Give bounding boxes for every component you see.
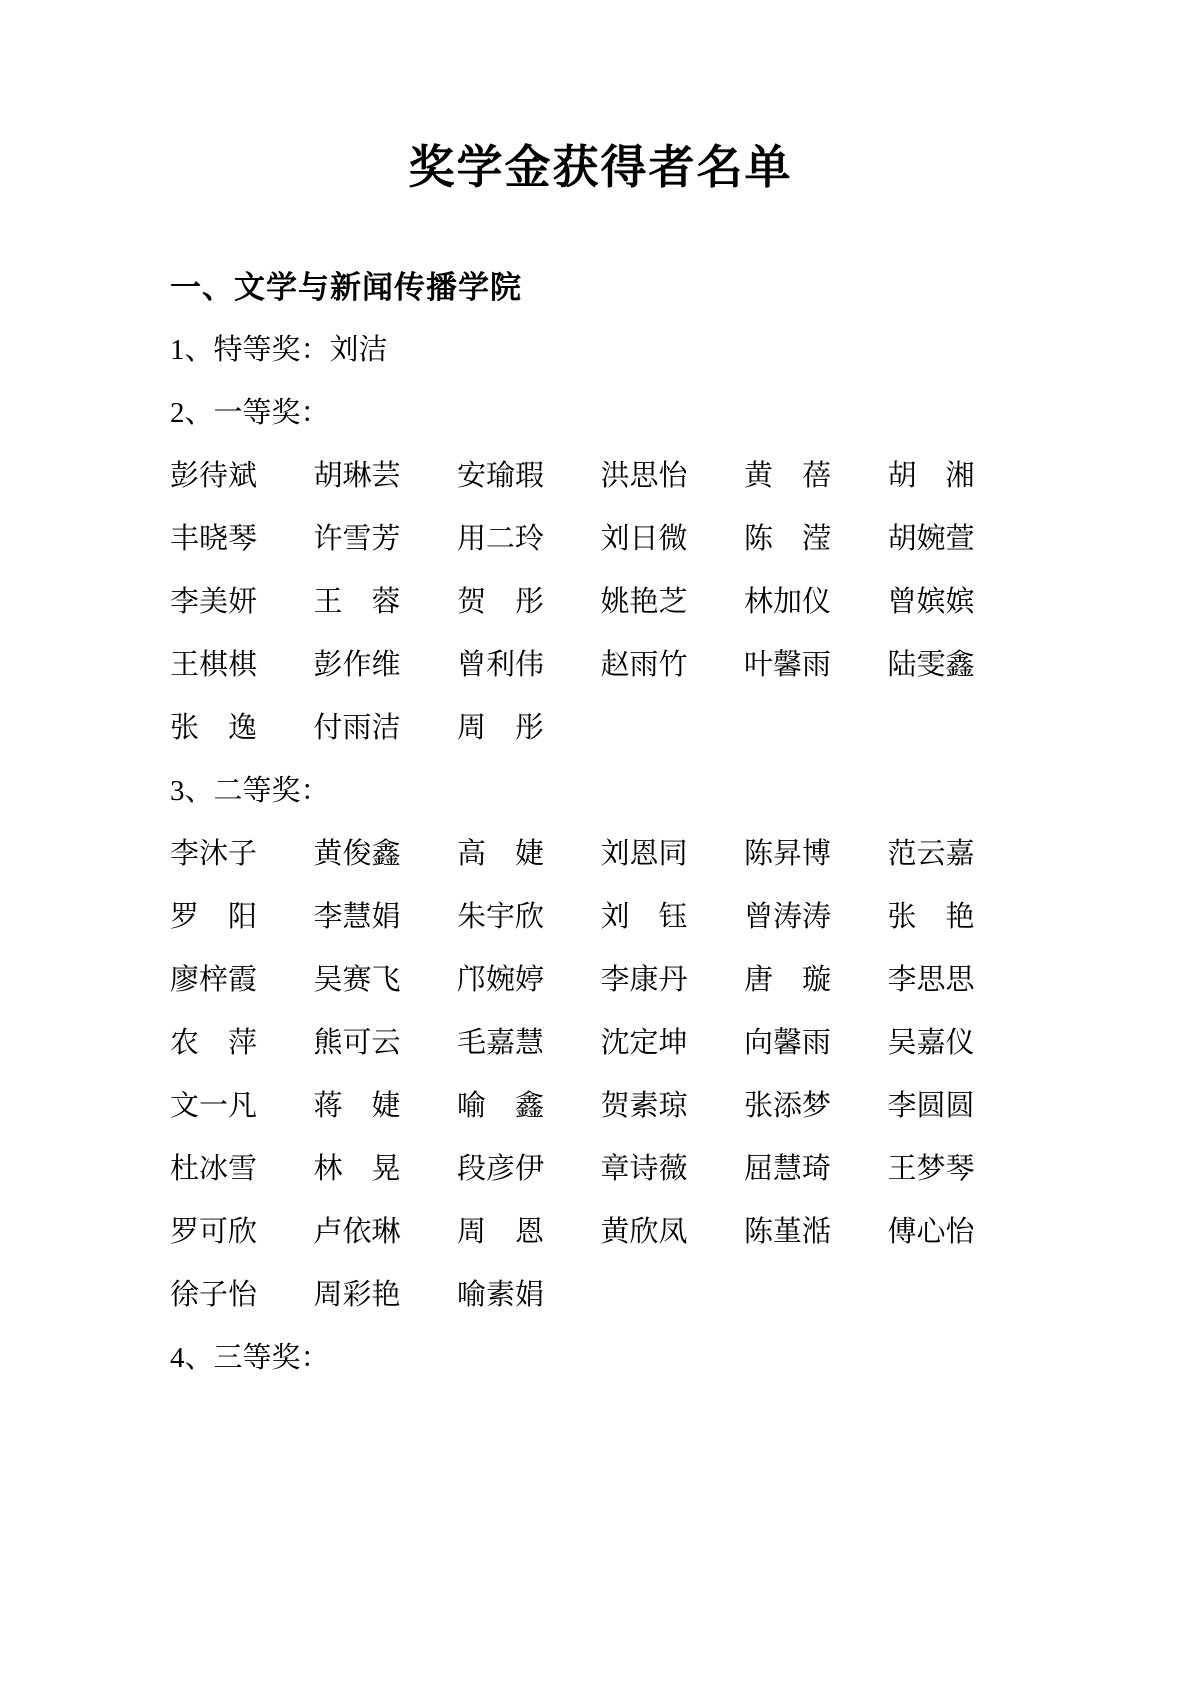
name-row: 农 萍熊可云毛嘉慧沈定坤向馨雨吴嘉仪: [170, 1012, 1031, 1075]
recipient-name: 毛嘉慧: [457, 1012, 601, 1075]
recipient-name: 高 婕: [457, 823, 601, 886]
recipient-name: 范云嘉: [888, 823, 1032, 886]
recipient-name: 傅心怡: [888, 1201, 1032, 1264]
recipient-name: 张 艳: [888, 886, 1032, 949]
recipient-name: 姚艳芝: [601, 571, 745, 634]
recipient-name: 沈定坤: [601, 1012, 745, 1075]
recipient-name: 章诗薇: [601, 1138, 745, 1201]
recipient-name: 彭待斌: [170, 445, 314, 508]
recipient-name: 安瑜瑕: [457, 445, 601, 508]
recipient-name: 胡 湘: [888, 445, 1032, 508]
recipient-name: 陈昇博: [744, 823, 888, 886]
recipient-name: 蒋 婕: [314, 1075, 458, 1138]
recipient-name: 李美妍: [170, 571, 314, 634]
recipient-name: 向馨雨: [744, 1012, 888, 1075]
recipient-name: 许雪芳: [314, 508, 458, 571]
recipient-name: 徐子怡: [170, 1264, 314, 1327]
recipient-name: 王棋棋: [170, 634, 314, 697]
recipient-name: 黄欣凤: [601, 1201, 745, 1264]
recipient-name: 罗可欣: [170, 1201, 314, 1264]
recipient-name: 付雨洁: [314, 697, 458, 760]
recipient-name: 吴赛飞: [314, 949, 458, 1012]
recipient-name: 贺 彤: [457, 571, 601, 634]
recipient-name: 文一凡: [170, 1075, 314, 1138]
recipient-name: 卢依琳: [314, 1201, 458, 1264]
recipient-name: 李圆圆: [888, 1075, 1032, 1138]
name-row: 罗 阳李慧娟朱宇欣刘 钰曾涛涛张 艳: [170, 886, 1031, 949]
recipient-name: 叶馨雨: [744, 634, 888, 697]
second-prize-name-list: 李沐子黄俊鑫高 婕刘恩同陈昇博范云嘉罗 阳李慧娟朱宇欣刘 钰曾涛涛张 艳廖梓霞吴…: [170, 823, 1031, 1327]
name-row: 杜冰雪林 晃段彦伊章诗薇屈慧琦王梦琴: [170, 1138, 1031, 1201]
recipient-name: 罗 阳: [170, 886, 314, 949]
recipient-name: 李康丹: [601, 949, 745, 1012]
recipient-name: 熊可云: [314, 1012, 458, 1075]
recipient-name: 丰晓琴: [170, 508, 314, 571]
recipient-name: 周彩艳: [314, 1264, 458, 1327]
recipient-name: 彭作维: [314, 634, 458, 697]
name-row: 廖梓霞吴赛飞邝婉婷李康丹唐 璇李思思: [170, 949, 1031, 1012]
recipient-name: 唐 璇: [744, 949, 888, 1012]
recipient-name: 周 恩: [457, 1201, 601, 1264]
recipient-name: 黄俊鑫: [314, 823, 458, 886]
name-row: 徐子怡周彩艳喻素娟: [170, 1264, 1031, 1327]
recipient-name: 黄 蓓: [744, 445, 888, 508]
award-first-prize-label: 2、一等奖：: [170, 382, 1031, 445]
recipient-name: 用二玲: [457, 508, 601, 571]
recipient-name: 洪思怡: [601, 445, 745, 508]
name-row: 丰晓琴许雪芳用二玲刘日微陈 滢胡婉萱: [170, 508, 1031, 571]
name-row: 罗可欣卢依琳周 恩黄欣凤陈堇湉傅心怡: [170, 1201, 1031, 1264]
document-title: 奖学金获得者名单: [170, 138, 1031, 198]
recipient-name: 周 彤: [457, 697, 601, 760]
recipient-name: 赵雨竹: [601, 634, 745, 697]
recipient-name: 吴嘉仪: [888, 1012, 1032, 1075]
recipient-name: 朱宇欣: [457, 886, 601, 949]
recipient-name: 陈堇湉: [744, 1201, 888, 1264]
recipient-name: 刘 钰: [601, 886, 745, 949]
name-row: 彭待斌胡琳芸安瑜瑕洪思怡黄 蓓胡 湘: [170, 445, 1031, 508]
recipient-name: 喻 鑫: [457, 1075, 601, 1138]
name-row: 李沐子黄俊鑫高 婕刘恩同陈昇博范云嘉: [170, 823, 1031, 886]
section-heading: 一、文学与新闻传播学院: [170, 256, 1031, 319]
recipient-name: 屈慧琦: [744, 1138, 888, 1201]
recipient-name: 曾利伟: [457, 634, 601, 697]
award-third-prize-label: 4、三等奖：: [170, 1327, 1031, 1390]
award-second-prize-label: 3、二等奖：: [170, 760, 1031, 823]
recipient-name: 喻素娟: [457, 1264, 601, 1327]
recipient-name: 林加仪: [744, 571, 888, 634]
recipient-name: 王 蓉: [314, 571, 458, 634]
recipient-name: 曾嫔嫔: [888, 571, 1032, 634]
recipient-name: 贺素琼: [601, 1075, 745, 1138]
recipient-name: 廖梓霞: [170, 949, 314, 1012]
recipient-name: 林 晃: [314, 1138, 458, 1201]
name-row: 文一凡蒋 婕喻 鑫贺素琼张添梦李圆圆: [170, 1075, 1031, 1138]
first-prize-name-list: 彭待斌胡琳芸安瑜瑕洪思怡黄 蓓胡 湘丰晓琴许雪芳用二玲刘日微陈 滢胡婉萱李美妍王…: [170, 445, 1031, 760]
recipient-name: 刘恩同: [601, 823, 745, 886]
recipient-name: 陆雯鑫: [888, 634, 1032, 697]
document-page: 奖学金获得者名单 一、文学与新闻传播学院 1、特等奖：刘洁 2、一等奖： 彭待斌…: [0, 0, 1191, 1684]
recipient-name: 胡琳芸: [314, 445, 458, 508]
name-row: 李美妍王 蓉贺 彤姚艳芝林加仪曾嫔嫔: [170, 571, 1031, 634]
name-row: 张 逸付雨洁周 彤: [170, 697, 1031, 760]
recipient-name: 王梦琴: [888, 1138, 1032, 1201]
recipient-name: 李沐子: [170, 823, 314, 886]
recipient-name: 刘日微: [601, 508, 745, 571]
recipient-name: 农 萍: [170, 1012, 314, 1075]
recipient-name: 邝婉婷: [457, 949, 601, 1012]
recipient-name: 陈 滢: [744, 508, 888, 571]
recipient-name: 胡婉萱: [888, 508, 1032, 571]
recipient-name: 段彦伊: [457, 1138, 601, 1201]
recipient-name: 李思思: [888, 949, 1032, 1012]
recipient-name: 曾涛涛: [744, 886, 888, 949]
award-special-prize-line: 1、特等奖：刘洁: [170, 319, 1031, 382]
recipient-name: 李慧娟: [314, 886, 458, 949]
recipient-name: 张添梦: [744, 1075, 888, 1138]
name-row: 王棋棋彭作维曾利伟赵雨竹叶馨雨陆雯鑫: [170, 634, 1031, 697]
recipient-name: 张 逸: [170, 697, 314, 760]
recipient-name: 杜冰雪: [170, 1138, 314, 1201]
